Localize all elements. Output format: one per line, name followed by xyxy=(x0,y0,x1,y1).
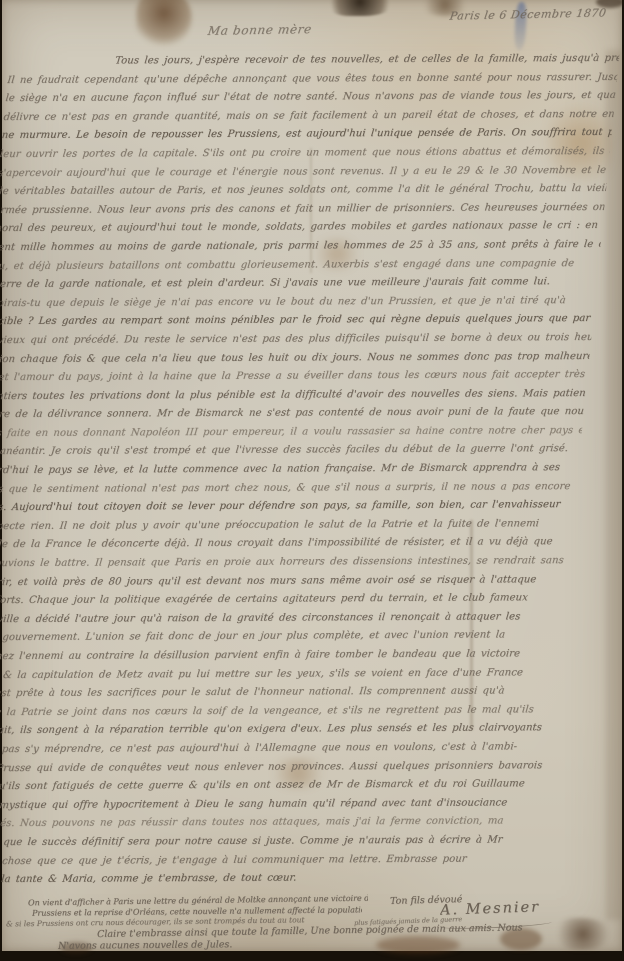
handwritten-line: délivre ce n'est pas en grande quantité,… xyxy=(3,106,615,128)
handwritten-line: ici, et l'amour du pays, joint à la hain… xyxy=(0,366,588,388)
handwritten-line: pluvieux qui ont précédé. Du reste le se… xyxy=(0,329,592,351)
letter-body: Tous les jours, j'espère recevoir de tes… xyxy=(0,50,620,890)
handwritten-line: Il ne faudrait cependant qu'une dépêche … xyxy=(6,68,618,90)
handwritten-line: de nos forts. Chaque jour la politique e… xyxy=(0,589,566,611)
handwritten-line: dépens que le sentiment national n'est p… xyxy=(0,478,577,500)
handwritten-line: disent-ils, qu'ils sont fatigués de cett… xyxy=(0,775,548,797)
letter-scan: Paris le 6 Décembre 1870 Ma bonne mère T… xyxy=(0,0,624,961)
handwritten-line: feu, et déjà plusieurs bataillons ont co… xyxy=(0,254,600,276)
handwritten-line: nous Bonele, la tante & Maria, comme je … xyxy=(0,868,538,890)
handwritten-line: nous pouvions le battre. Il pensait que … xyxy=(0,552,570,574)
handwritten-line: Brassy autre chose que ce que je t'écris… xyxy=(0,850,540,872)
stain-top-left xyxy=(136,0,192,48)
handwritten-line: actes du gouvernement. L'union se fait d… xyxy=(0,627,562,649)
stain-bottom-center xyxy=(376,936,460,954)
right-edge-band xyxy=(606,50,622,920)
letter-paper: Paris le 6 Décembre 1870 Ma bonne mère T… xyxy=(2,0,622,951)
salutation: Ma bonne mère xyxy=(207,22,313,38)
postscript-line-5: N'avons aucunes nouvelles de Jules. xyxy=(58,939,232,952)
date-line: Paris le 6 Décembre 1870 xyxy=(449,6,607,22)
stain-top-center xyxy=(326,0,394,16)
handwritten-line: de véritables batailles autour de Paris,… xyxy=(0,180,607,202)
handwritten-line: Croirais-tu que depuis le siège je n'ai … xyxy=(0,292,596,314)
handwritten-line: l'amour de la Patrie se joint dans nos c… xyxy=(0,701,555,723)
handwritten-line: ne doivent pas s'y méprendre, ce n'est p… xyxy=(0,738,551,760)
handwritten-line: moral des peureux, et aujourd'hui tout l… xyxy=(0,217,603,239)
handwritten-line: ne respecte rien. Il ne doit plus y avoi… xyxy=(0,515,574,537)
handwritten-line: et de cruautés. Nous pouvons ne pas réus… xyxy=(0,813,544,835)
handwritten-line: nous anéantir. Je crois qu'il s'est trom… xyxy=(0,440,581,462)
